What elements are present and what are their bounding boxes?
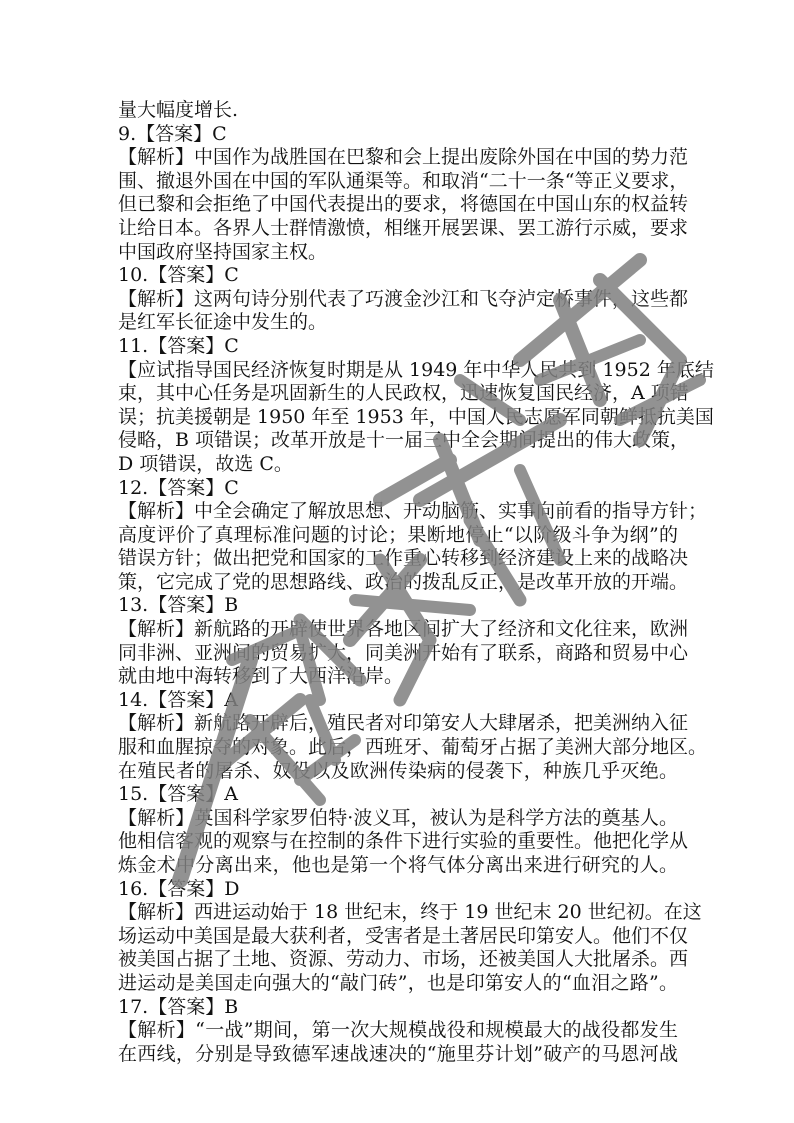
text-line: 误；抗美援朝是 1950 年至 1953 年，中国人民志愿军同朝鲜抵抗美国 bbox=[118, 406, 678, 430]
text-line: 束，其中心任务是巩固新生的人民政权，迅速恢复国民经济，A 项错 bbox=[118, 382, 678, 406]
text-line: 围、撤退外国在中国的军队通渠等。和取消“二十一条“等正义要求， bbox=[118, 170, 678, 194]
answer-line: 10.【答案】C bbox=[118, 264, 678, 288]
text-line: 服和血腥掠夺的对象。此后，西班牙、葡萄牙占据了美洲大部分地区。 bbox=[118, 736, 678, 760]
text-line: 但已黎和会拒绝了中国代表提出的要求，将德国在中国山东的权益转 bbox=[118, 193, 678, 217]
text-line: 【解析】这两句诗分别代表了巧渡金沙江和飞夺泸定桥事件，这些都 bbox=[118, 288, 678, 312]
text-line: 在西线，分别是导致德军速战速决的“施里芬计划”破产的马恩河战 bbox=[118, 1043, 678, 1067]
text-line: 【解析】“一战”期间，第一次大规模战役和规模最大的战役都发生 bbox=[118, 1019, 678, 1043]
text-line: 侵略，B 项错误；改革开放是十一届三中全会期间提出的伟大政策， bbox=[118, 429, 678, 453]
document-page: 量大幅度增长.9.【答案】C【解析】中国作为战胜国在巴黎和会上提出废除外国在中国… bbox=[0, 0, 794, 1123]
text-line: 被美国占据了土地、资源、劳动力、市场，还被美国人大批屠杀。西 bbox=[118, 948, 678, 972]
text-line: 【解析】新航路的开辟使世界各地区间扩大了经济和文化往来，欧洲 bbox=[118, 618, 678, 642]
text-line: 【解析】中国作为战胜国在巴黎和会上提出废除外国在中国的势力范 bbox=[118, 146, 678, 170]
text-line: 【解析】新航路开辟后，殖民者对印第安人大肆屠杀，把美洲纳入征 bbox=[118, 712, 678, 736]
text-line: 是红军长征途中发生的。 bbox=[118, 311, 678, 335]
answer-line: 11.【答案】C bbox=[118, 335, 678, 359]
text-line: 【应试指导国民经济恢复时期是从 1949 年中华人民共到 1952 年底结 bbox=[118, 359, 678, 383]
text-line: 炼金术中分离出来，他也是第一个将气体分离出来进行研究的人。 bbox=[118, 854, 678, 878]
text-line: 他相信客观的观察与在控制的条件下进行实验的重要性。他把化学从 bbox=[118, 830, 678, 854]
text-line: 量大幅度增长. bbox=[118, 99, 678, 123]
text-line: 中国政府坚持国家主权。 bbox=[118, 241, 678, 265]
text-line: 进运动是美国走向强大的“敲门砖”，也是印第安人的“血泪之路”。 bbox=[118, 972, 678, 996]
text-line: 在殖民者的屠杀、奴役以及欧洲传染病的侵袭下，种族几乎灭绝。 bbox=[118, 760, 678, 784]
answer-line: 9.【答案】C bbox=[118, 123, 678, 147]
answer-key-content: 量大幅度增长.9.【答案】C【解析】中国作为战胜国在巴黎和会上提出废除外国在中国… bbox=[118, 99, 678, 1066]
text-line: 高度评价了真理标准问题的讨论；果断地停止“以阶级斗争为纲”的 bbox=[118, 524, 678, 548]
answer-line: 13.【答案】B bbox=[118, 594, 678, 618]
text-line: 错误方针；做出把党和国家的工作重心转移到经济建设上来的战略决 bbox=[118, 547, 678, 571]
text-line: 策，它完成了党的思想路线、政治的拨乱反正，是改革开放的开端。 bbox=[118, 571, 678, 595]
text-line: 同非洲、亚洲间的贸易扩大，同美洲开始有了联系，商路和贸易中心 bbox=[118, 642, 678, 666]
text-line: 【解析】英国科学家罗伯特·波义耳，被认为是科学方法的奠基人。 bbox=[118, 807, 678, 831]
text-line: 就由地中海转移到了大西洋沿岸。 bbox=[118, 665, 678, 689]
answer-line: 14.【答案】A bbox=[118, 689, 678, 713]
text-line: 【解析】西进运动始于 18 世纪末，终于 19 世纪末 20 世纪初。在这 bbox=[118, 901, 678, 925]
text-line: 场运动中美国是最大获利者，受害者是土著居民印第安人。他们不仅 bbox=[118, 925, 678, 949]
text-line: D 项错误，故选 C。 bbox=[118, 453, 678, 477]
text-line: 【解析】中全会确定了解放思想、开动脑筋、实事向前看的指导方针； bbox=[118, 500, 678, 524]
answer-line: 17.【答案】B bbox=[118, 996, 678, 1020]
answer-line: 12.【答案】C bbox=[118, 477, 678, 501]
answer-line: 15.【答案】A bbox=[118, 783, 678, 807]
text-line: 让给日本。各界人士群情激愤，相继开展罢课、罢工游行示威，要求 bbox=[118, 217, 678, 241]
answer-line: 16.【答案】D bbox=[118, 878, 678, 902]
